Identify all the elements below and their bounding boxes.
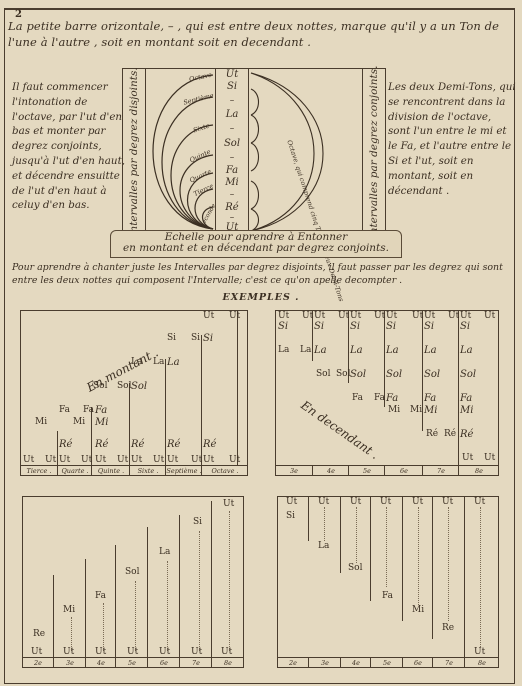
note-ut: Ut: [191, 455, 202, 465]
note-mi: Mi: [388, 405, 400, 415]
footer-cell: 4e: [340, 658, 371, 668]
note-ut: Ut: [412, 497, 423, 507]
scale-dash: –: [216, 96, 248, 106]
note-ut: Ut: [95, 647, 106, 657]
ladder-sol: Sol: [386, 369, 402, 380]
column-divider: [85, 559, 86, 657]
interval-footer: Tierce . Quarte . Quinte . Sixte . Septi…: [21, 465, 247, 476]
ladder-la: La: [314, 345, 327, 356]
note-ut: Ut: [484, 311, 495, 321]
footer-cell: 4e: [85, 658, 116, 668]
dotted-guide: [480, 507, 481, 647]
note-ut: Ut: [191, 647, 202, 657]
dotted-guide: [386, 507, 387, 587]
footer-cell: 8e: [464, 658, 499, 668]
note-la: La: [318, 541, 329, 551]
note-ut: Ut: [380, 497, 391, 507]
note-ut: Ut: [153, 455, 164, 465]
footer-cell: 8e: [458, 466, 499, 476]
ladder-re: Ré: [131, 439, 144, 450]
note-la: La: [131, 357, 142, 367]
ladder-si: Si: [314, 321, 324, 332]
note-mi: Mi: [410, 405, 422, 415]
note-ut: Ut: [350, 311, 361, 321]
footer-cell: Sixte .: [129, 466, 166, 476]
note-sol: Sol: [336, 369, 350, 379]
note-ut: Ut: [448, 311, 459, 321]
footer-cell: 7e: [422, 466, 459, 476]
dotted-guide: [229, 511, 230, 651]
note-ut: Ut: [338, 311, 349, 321]
interval-footer: 2e 3e 4e 5e 6e 7e 8e: [278, 657, 498, 668]
column-divider: [237, 311, 238, 465]
note-re: Re: [442, 623, 454, 633]
ladder-re: Ré: [167, 439, 180, 450]
note-ut: Ut: [81, 455, 92, 465]
note-ut: Ut: [95, 455, 106, 465]
note-ut: Ut: [203, 455, 214, 465]
note-ut: Ut: [159, 647, 170, 657]
instructions-line-2: entre les deux nottes qui composent l'In…: [12, 275, 517, 288]
dotted-guide: [324, 507, 325, 541]
note-ut: Ut: [460, 311, 471, 321]
note-si: Si: [167, 333, 176, 343]
scale-note: La: [216, 109, 248, 120]
note-la: La: [159, 547, 170, 557]
column-divider: [211, 501, 212, 657]
footer-cell: Tierce .: [21, 466, 57, 476]
note-ut: Ut: [167, 455, 178, 465]
dotted-guide: [135, 581, 136, 651]
caption-line-2: en montant et en décendant par degrez co…: [111, 243, 401, 254]
panel-en-montant: En montant . Mi Mi Fa Fa Sol Sol La La S…: [20, 310, 248, 476]
footer-cell: 7e: [179, 658, 212, 668]
note-fa: Fa: [59, 405, 70, 415]
octave-scale-diagram: Intervalles par degrez disjoints. Interv…: [122, 68, 392, 240]
column-divider: [340, 497, 341, 573]
footer-cell: 8e: [211, 658, 244, 668]
footer-cell: Septième .: [165, 466, 202, 476]
note-ut: Ut: [203, 311, 214, 321]
column-divider: [422, 311, 423, 431]
panel-descending-intervals: Ut Ut Ut Ut Ut Ut Ut Si La Sol Fa Mi Re …: [277, 496, 499, 668]
scale-note: Si: [216, 81, 248, 92]
ladder-si: Si: [350, 321, 360, 332]
ladder-mi: Mi: [95, 417, 108, 428]
note-ut: Ut: [412, 311, 423, 321]
scale-note: Ré: [216, 202, 248, 213]
left-paragraph: Il faut commencer l'intonation de l'octa…: [12, 80, 130, 213]
ladder-re: Ré: [460, 429, 473, 440]
intro-text: La petite barre orizontale, – , qui est …: [8, 18, 518, 50]
note-ut: Ut: [314, 311, 325, 321]
footer-cell: 3e: [276, 466, 312, 476]
ladder-la: La: [350, 345, 363, 356]
note-re: Ré: [426, 429, 438, 439]
column-divider: [147, 527, 148, 657]
footer-cell: 6e: [147, 658, 180, 668]
note-ut: Ut: [474, 497, 485, 507]
intro-line-2: l'une à l'autre , soit en montant soit e…: [8, 34, 518, 50]
footer-cell: 3e: [53, 658, 86, 668]
scale-dash: –: [216, 124, 248, 134]
footer-cell: 2e: [278, 658, 308, 668]
note-sol: Sol: [316, 369, 330, 379]
ladder-la: La: [386, 345, 399, 356]
scale-note: Ut: [216, 69, 248, 80]
footer-cell: 5e: [348, 466, 385, 476]
note-ut: Ut: [59, 455, 70, 465]
note-mi: Mi: [73, 417, 85, 427]
diagram-base: Echelle pour aprendre à Entonner en mont…: [110, 230, 402, 258]
note-fa: Fa: [382, 591, 393, 601]
column-divider: [179, 515, 180, 657]
diagram-caption: Echelle pour aprendre à Entonner en mont…: [111, 232, 401, 254]
note-si: Si: [193, 517, 202, 527]
column-divider: [402, 497, 403, 621]
ladder-si: Si: [386, 321, 396, 332]
note-la: La: [278, 345, 289, 355]
note-ut: Ut: [131, 455, 142, 465]
panel-en-decendant: En decendant . Ut Ut Ut Ut Ut Ut Ut Ut U…: [275, 310, 499, 476]
note-re: Ré: [444, 429, 456, 439]
ladder-sol: Sol: [424, 369, 440, 380]
note-ut: Ut: [350, 497, 361, 507]
scale-dash: –: [216, 153, 248, 163]
column-divider: [129, 383, 130, 465]
ladder-fa: Fa: [460, 393, 472, 404]
note-sol: Sol: [348, 563, 362, 573]
ladder-sol: Sol: [131, 381, 147, 392]
note-ut: Ut: [31, 647, 42, 657]
panel-ascending-intervals: Re Mi Fa Sol La Si Ut Ut Ut Ut Ut Ut Ut …: [22, 496, 244, 668]
en-decendant-label: En decendant .: [298, 398, 381, 462]
interval-footer: 3e 4e 5e 6e 7e 8e: [276, 465, 498, 476]
column-divider: [201, 335, 202, 465]
scale-note: Sol: [216, 138, 248, 149]
column-divider: [115, 545, 116, 657]
dotted-guide: [418, 507, 419, 605]
column-divider: [57, 431, 58, 465]
dotted-guide: [71, 617, 72, 651]
column-divider: [464, 497, 465, 657]
ladder-sol: Sol: [350, 369, 366, 380]
note-fa: Fa: [95, 591, 106, 601]
note-ut-bottom: Ut: [474, 647, 485, 657]
note-ut: Ut: [127, 647, 138, 657]
note-ut: Ut: [45, 455, 56, 465]
note-ut: Ut: [221, 647, 232, 657]
note-ut: Ut: [318, 497, 329, 507]
note-ut: Ut: [442, 497, 453, 507]
note-ut: Ut: [302, 311, 313, 321]
footer-cell: 3e: [308, 658, 341, 668]
instructions-line-1: Pour aprendre à chanter juste les Interv…: [12, 262, 517, 275]
dotted-guide: [199, 531, 200, 651]
note-si: Si: [286, 511, 295, 521]
ladder-fa: Fa: [424, 393, 436, 404]
note-re: Re: [33, 629, 45, 639]
footer-cell: Octave .: [201, 466, 248, 476]
note-fa: Fa: [352, 393, 363, 403]
footer-cell: 5e: [115, 658, 148, 668]
dotted-guide: [448, 507, 449, 621]
note-si: Si: [191, 333, 200, 343]
note-mi: Mi: [63, 605, 75, 615]
ladder-si: Si: [203, 333, 213, 344]
ladder-re: Ré: [59, 439, 72, 450]
note-sol: Sol: [117, 381, 131, 391]
ladder-re: Ré: [203, 439, 216, 450]
note-la: La: [300, 345, 311, 355]
note-ut: Ut: [424, 311, 435, 321]
ladder-si: Si: [424, 321, 434, 332]
ladder-si: Si: [278, 321, 288, 332]
note-mi: Mi: [35, 417, 47, 427]
note-ut-top: Ut: [223, 499, 234, 509]
instructions-text: Pour aprendre à chanter juste les Interv…: [12, 262, 517, 287]
scale-column: Ut Si – La – Sol – Fa Mi – Ré – Ut: [215, 69, 249, 235]
intro-line-1: La petite barre orizontale, – , qui est …: [8, 18, 518, 34]
note-ut: Ut: [229, 311, 240, 321]
ladder-si: Si: [460, 321, 470, 332]
column-divider: [53, 575, 54, 657]
dotted-guide: [167, 561, 168, 651]
footer-cell: 2e: [23, 658, 53, 668]
dotted-guide: [103, 603, 104, 651]
note-ut: Ut: [229, 455, 240, 465]
note-ut: Ut: [484, 453, 495, 463]
right-side-label: Intervalles par degrez conjoints.: [368, 66, 380, 239]
footer-cell: 7e: [432, 658, 465, 668]
column-divider: [432, 497, 433, 639]
note-fa: Fa: [374, 393, 385, 403]
note-ut: Ut: [286, 497, 297, 507]
ladder-la: La: [167, 357, 180, 368]
scale-note: Mi: [216, 177, 248, 188]
ladder-la: La: [460, 345, 473, 356]
footer-cell: Quarte .: [57, 466, 92, 476]
note-ut: Ut: [374, 311, 385, 321]
footer-cell: 4e: [312, 466, 349, 476]
diagram-box: Intervalles par degrez disjoints. Interv…: [122, 68, 386, 236]
interval-footer: 2e 3e 4e 5e 6e 7e 8e: [23, 657, 243, 668]
ladder-la: La: [424, 345, 437, 356]
scale-note: Fa: [216, 165, 248, 176]
footer-cell: 5e: [370, 658, 403, 668]
ladder-mi: Mi: [424, 405, 437, 416]
ladder-re: Ré: [95, 439, 108, 450]
column-divider: [458, 311, 459, 465]
note-la: La: [153, 357, 164, 367]
footer-cell: 6e: [384, 466, 423, 476]
right-paragraph: Les deux Demi-Tons, qui se rencontrent d…: [388, 80, 516, 198]
note-ut: Ut: [278, 311, 289, 321]
note-sol: Sol: [125, 567, 139, 577]
column-divider: [165, 359, 166, 465]
ladder-sol: Sol: [460, 369, 476, 380]
column-divider: [370, 497, 371, 601]
note-ut: Ut: [23, 455, 34, 465]
ladder-fa: Fa: [95, 405, 107, 416]
note-fa: Fa: [83, 405, 94, 415]
dotted-guide: [356, 507, 357, 563]
footer-cell: 6e: [402, 658, 433, 668]
ladder-fa: Fa: [386, 393, 398, 404]
note-sol: Sol: [93, 381, 107, 391]
scale-dash: –: [216, 190, 248, 200]
column-divider: [308, 497, 309, 541]
note-mi: Mi: [412, 605, 424, 615]
note-ut: Ut: [462, 453, 473, 463]
footer-cell: Quinte .: [91, 466, 130, 476]
examples-title: EXEMPLES .: [0, 292, 522, 303]
note-ut: Ut: [63, 647, 74, 657]
note-ut: Ut: [117, 455, 128, 465]
ladder-mi: Mi: [460, 405, 473, 416]
note-ut: Ut: [386, 311, 397, 321]
